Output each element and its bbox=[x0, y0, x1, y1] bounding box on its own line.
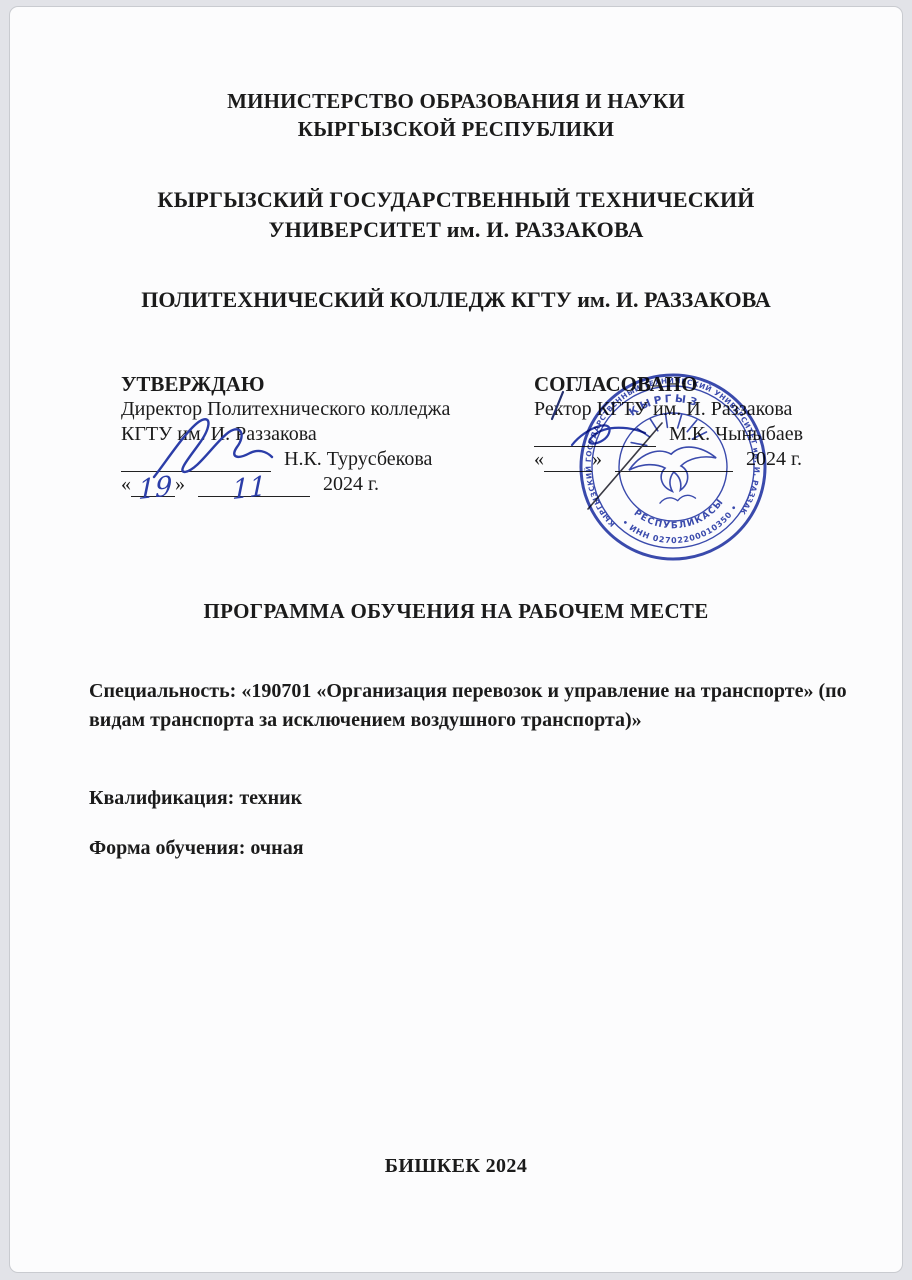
qualification-text: Квалификация: техник bbox=[89, 787, 302, 810]
specialty-text: Специальность: «190701 «Организация пере… bbox=[89, 677, 851, 735]
ministry-line-1: МИНИСТЕРСТВО ОБРАЗОВАНИЯ И НАУКИ bbox=[10, 87, 902, 115]
college-name: ПОЛИТЕХНИЧЕСКИЙ КОЛЛЕДЖ КГТУ им. И. РАЗЗ… bbox=[10, 287, 902, 313]
ministry-name: МИНИСТЕРСТВО ОБРАЗОВАНИЯ И НАУКИ КЫРГЫЗС… bbox=[10, 87, 902, 143]
study-form-text: Форма обучения: очная bbox=[89, 837, 304, 860]
ministry-line-2: КЫРГЫЗСКОЙ РЕСПУБЛИКИ bbox=[10, 115, 902, 143]
approve-quote-open: « bbox=[121, 473, 131, 495]
document-page: МИНИСТЕРСТВО ОБРАЗОВАНИЯ И НАУКИ КЫРГЫЗС… bbox=[9, 6, 903, 1273]
approve-heading: УТВЕРЖДАЮ bbox=[121, 372, 450, 397]
stamp-bird-icon bbox=[622, 407, 721, 506]
approve-year: 2024 г. bbox=[323, 473, 379, 495]
viewer-background: { "document": { "ministry": { "line1": "… bbox=[0, 0, 912, 1280]
program-title: ПРОГРАММА ОБУЧЕНИЯ НА РАБОЧЕМ МЕСТЕ bbox=[10, 599, 902, 624]
city-year-footer: БИШКЕК 2024 bbox=[10, 1155, 902, 1178]
university-stamp-icon: КЫРГЫЗСКИЙ ГОСУДАРСТВЕННЫЙ ТЕХНИЧЕСКИЙ У… bbox=[562, 356, 783, 577]
university-line-1: КЫРГЫЗСКИЙ ГОСУДАРСТВЕННЫЙ ТЕХНИЧЕСКИЙ bbox=[10, 185, 902, 215]
approve-signer-name: Н.К. Турусбекова bbox=[284, 448, 432, 470]
university-line-2: УНИВЕРСИТЕТ им. И. РАЗЗАКОВА bbox=[10, 215, 902, 245]
university-name: КЫРГЫЗСКИЙ ГОСУДАРСТВЕННЫЙ ТЕХНИЧЕСКИЙ У… bbox=[10, 185, 902, 245]
director-signature bbox=[148, 413, 283, 485]
